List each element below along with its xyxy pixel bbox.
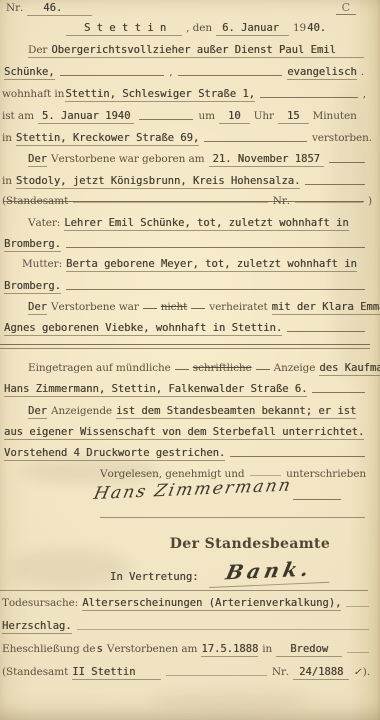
declarant-occupation-name: Obergerichtsvollzieher außer Dienst Paul…	[51, 44, 335, 56]
blank-fill	[328, 153, 366, 167]
father-residence: Bromberg.	[4, 238, 61, 252]
handwritten-check-mark: ✓	[353, 667, 361, 678]
registrar-title-line: Der Standesbeamte	[150, 536, 350, 552]
death-hour: 10	[219, 110, 250, 124]
father-line-1: Vater: Lehrer Emil Schünke, tot, zuletzt…	[28, 217, 366, 231]
blank-fill	[345, 597, 370, 611]
dateline-year-typed: 40.	[307, 22, 326, 34]
spouse-name-2: Agnes geborenen Viebke, wohnhaft in Stet…	[4, 322, 282, 336]
blank-fill	[65, 238, 366, 252]
cause-of-death-line-1: Todesursache: Alterserscheinungen (Arter…	[2, 597, 370, 611]
death-date: 5. Januar 1940	[38, 110, 135, 124]
anzeige-label: Anzeige	[274, 362, 316, 374]
signature-dash	[292, 484, 342, 504]
mid-comma: ,	[169, 66, 172, 78]
geboren-am-label: Verstorbene war geboren am	[51, 153, 205, 165]
informant-role: des Kaufmannes	[319, 362, 380, 376]
marriage-place: Bredow	[276, 643, 342, 657]
mutter-label: Mutter:	[22, 258, 62, 270]
close-paren: ).	[363, 666, 370, 678]
in-vertretung-label: In Vertretung:	[110, 571, 199, 583]
blank-fill	[203, 132, 308, 146]
registration-line-3: Der Anzeigende ist dem Standesbeamten be…	[28, 405, 368, 419]
standesamt-label: (Standesamt	[2, 666, 68, 678]
marriage-line-1: Der Verstorbene war nicht verheiratet mi…	[28, 301, 368, 315]
todesursache-label: Todesursache:	[2, 597, 78, 609]
ehe-s-typed: s	[97, 643, 103, 655]
declarant-line-1: Der Obergerichtsvollzieher außer Dienst …	[28, 44, 364, 58]
dateline-city: S t e t t i n	[66, 22, 182, 36]
informant-signature-line: Hans Zimmermann	[92, 484, 342, 504]
typed-dash	[191, 301, 205, 315]
registry-office-line: (Standesamt II Stettin Nr. 24/1888 ✓ ).	[2, 666, 370, 680]
birth-place-line: in Stodoly, jetzt Königsbrunn, Kreis Hoh…	[2, 175, 366, 189]
registrar-signature: Bank.	[209, 556, 335, 588]
registration-line-1: Eingetragen auf mündliche schriftliche A…	[28, 362, 368, 376]
in-label: in	[2, 132, 12, 144]
verstorbenen-am-label: Verstorbenen am	[107, 643, 198, 655]
typed-dash	[175, 362, 189, 376]
blank-fill	[177, 66, 284, 80]
registry-number-value: 24/1888	[293, 666, 349, 680]
dateline-den-label: , den	[186, 22, 212, 34]
signature-rule	[100, 517, 365, 518]
marriage-der: Der	[28, 301, 47, 315]
section-divider	[0, 344, 370, 349]
declarant-line-2: Schünke, , evangelisch .	[4, 66, 364, 80]
dateline: S t e t t i n , den 6. Januar 19 40.	[66, 22, 370, 36]
informant-knowledge-text: aus eigener Wissenschaft von dem Sterbef…	[4, 426, 364, 440]
uhr-label: Uhr	[254, 110, 274, 122]
nicht-struck-label: nicht	[161, 301, 187, 313]
blank-fill	[286, 322, 366, 336]
blank-fill	[304, 175, 366, 189]
period: .	[361, 66, 364, 78]
in-label: in	[2, 175, 12, 187]
eheschliessung-label: Eheschließung de	[2, 643, 96, 655]
marriage-registry-line: Eheschließung de s Verstorbenen am 17.5.…	[2, 643, 370, 657]
death-minute: 15	[278, 110, 309, 124]
nr-label: Nr.	[272, 666, 289, 678]
blank-fill	[311, 383, 366, 397]
blank-fill	[346, 643, 370, 657]
registration-line-4: aus eigener Wissenschaft von dem Sterbef…	[4, 426, 364, 440]
typed-dash	[143, 301, 157, 315]
corner-folio-mark: C	[336, 1, 356, 15]
dateline-year-printed: 19	[293, 22, 306, 34]
ink-bleed-smudge	[150, 690, 310, 712]
cause-of-death-line-2: Herzschlag.	[2, 620, 370, 634]
blank-fill	[65, 280, 366, 294]
correction-note-line: Vorstehend 4 Druckworte gestrichen.	[4, 447, 366, 461]
spouse-name-1: mit der Klara Emma	[272, 301, 380, 315]
marriage-date: 17.5.1888	[201, 643, 258, 657]
verstorbene-war-label: Verstorbene war	[51, 301, 139, 313]
blank-fill	[165, 666, 267, 680]
anzeigende-label: Anzeigende	[51, 405, 112, 417]
record-number-label: Nr.	[6, 2, 23, 14]
verheiratet-label: verheiratet	[209, 301, 267, 313]
record-number-value: 46.	[27, 2, 92, 16]
declarant-surname: Schünke,	[4, 66, 55, 80]
blank-fill	[138, 110, 194, 124]
wohnhaft-in-label: wohnhaft in	[2, 88, 64, 100]
death-place-line: in Stettin, Kreckower Straße 69, verstor…	[2, 132, 372, 146]
father-line-2: Bromberg.	[4, 238, 366, 252]
vater-label: Vater:	[28, 217, 60, 229]
blank-fill	[294, 195, 364, 207]
declarant-der-label: Der	[28, 44, 47, 56]
schriftliche-struck-label: schriftliche	[193, 362, 252, 374]
cause-of-death-2: Herzschlag.	[2, 620, 72, 634]
death-place: Stettin, Kreckower Straße 69,	[16, 132, 199, 146]
birth-place: Stodoly, jetzt Königsbrunn, Kreis Hohens…	[16, 175, 300, 189]
registry-office-value: II Stettin	[72, 666, 161, 680]
unterschrieben-label: unterschrieben	[286, 468, 366, 480]
blank-fill	[229, 447, 366, 461]
standesamt-label: (Standesamt	[2, 195, 68, 207]
birth-date: 21. November 1857	[209, 153, 324, 167]
declarant-residence-line: wohnhaft in Stettin, Schleswiger Straße …	[2, 88, 366, 102]
correction-note: Vorstehend 4 Druckworte gestrichen.	[4, 447, 225, 461]
footer-divider	[0, 590, 368, 591]
cause-of-death-1: Alterserscheinungen (Arterienverkalkung)…	[82, 597, 341, 611]
dateline-date: 6. Januar	[216, 22, 289, 36]
marriage-line-2: Agnes geborenen Viebke, wohnhaft in Stet…	[4, 322, 366, 336]
ist-am-label: ist am	[2, 110, 34, 122]
death-register-document: Nr. 46. C S t e t t i n , den 6. Januar …	[0, 0, 380, 720]
birth-registry-line-struck: (Standesamt Nr. )	[2, 195, 372, 207]
birth-date-line: Der Verstorbene war geboren am 21. Novem…	[28, 153, 366, 167]
birth-der: Der	[28, 153, 47, 167]
blank-fill	[76, 620, 370, 634]
declarant-address: Stettin, Schleswiger Straße 1,	[65, 88, 255, 102]
father-details: Lehrer Emil Schünke, tot, zuletzt wohnha…	[64, 217, 348, 231]
trailing-comma: ,	[363, 88, 366, 100]
death-date-line: ist am 5. Januar 1940 um 10 Uhr 15 Minut…	[2, 110, 374, 124]
informant-known-text: ist dem Standesbeamten bekannt; er ist	[116, 405, 356, 419]
registration-line-2: Hans Zimmermann, Stettin, Falkenwalder S…	[4, 383, 366, 397]
nr-label: Nr.	[273, 195, 290, 207]
mother-line-2: Bromberg.	[4, 280, 366, 294]
blank-fill	[59, 66, 166, 80]
blank-fill	[259, 88, 359, 102]
mother-line-1: Mutter: Berta geborene Meyer, tot, zulet…	[22, 258, 370, 272]
record-number-line: Nr. 46.	[6, 2, 166, 16]
close-paren: )	[368, 195, 372, 207]
mother-details: Berta geborene Meyer, tot, zuletzt wohnh…	[66, 258, 357, 272]
mother-residence: Bromberg.	[4, 280, 61, 294]
in-label: in	[262, 643, 272, 655]
registration-der: Der	[28, 405, 47, 419]
informant-name-address: Hans Zimmermann, Stettin, Falkenwalder S…	[4, 383, 307, 397]
eingetragen-label: Eingetragen auf mündliche	[28, 362, 171, 374]
declarant-religion: evangelisch	[287, 66, 357, 80]
registrar-signature-line: In Vertretung: Bank.	[110, 561, 342, 588]
blank-fill	[72, 195, 269, 207]
minuten-label: Minuten	[313, 110, 357, 122]
verstorben-label: verstorben.	[312, 132, 372, 144]
um-label: um	[198, 110, 215, 122]
typed-dash	[256, 362, 270, 376]
registrar-title: Der Standesbeamte	[170, 536, 330, 552]
